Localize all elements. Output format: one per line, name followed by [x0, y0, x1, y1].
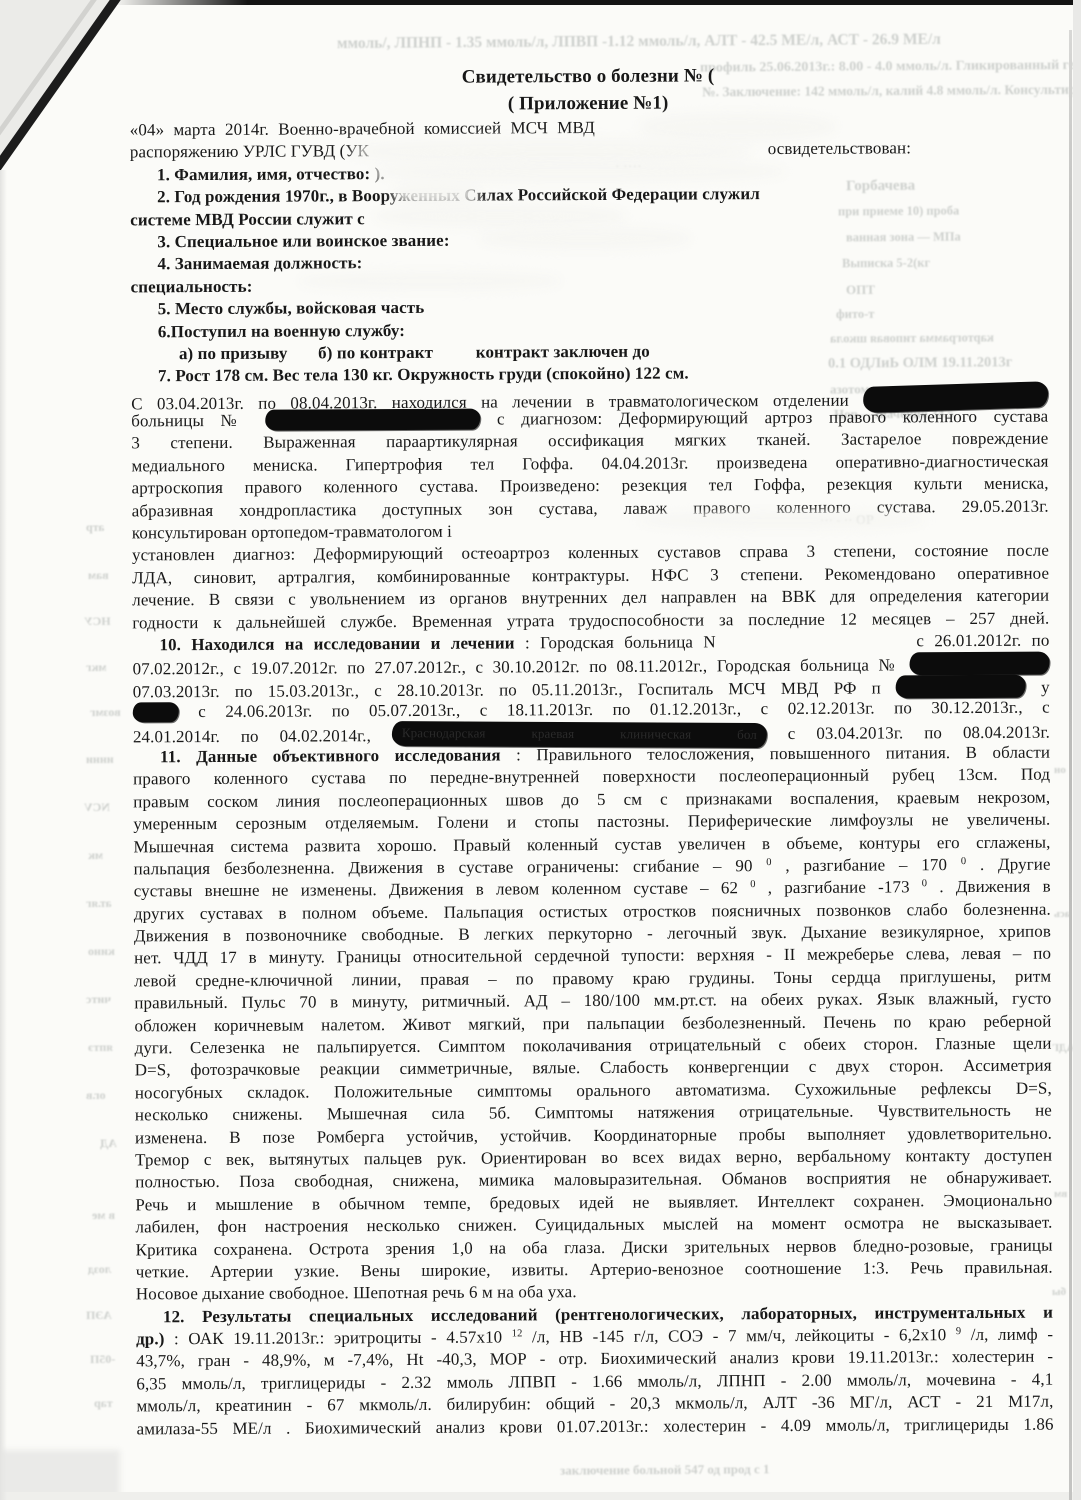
text-run: 5. Место службы, войсковая часть — [158, 298, 425, 318]
bleed-through-text: АЭП — [86, 1308, 112, 1323]
text-run: 11. Данные объективного исследования — [160, 745, 501, 766]
text-run: обложен коричневым налетом. Живот мягкий… — [134, 1011, 1051, 1035]
scanned-page: ммоль/, ЛПНП - 1.35 ммоль/л, ЛПВП -1.12 … — [0, 0, 1081, 1500]
whiteout-smudge — [375, 205, 625, 227]
text-run: 10. Находился на исследовании и лечении — [159, 633, 514, 654]
text-run: с 24.06.2013г. по 05.07.2013г., с 18.11.… — [198, 698, 1050, 721]
text-run: больницы № — [131, 411, 249, 431]
text-run: умеренным серозным отделяемым. Голени и … — [133, 810, 1050, 834]
text-run: пальпация безболезненна. Движения в суст… — [134, 856, 753, 878]
bleed-through-text: возмг — [90, 705, 121, 720]
bleed-through-text: NCV — [84, 800, 110, 815]
text-run: Носовое дыхание свободное. Шепотная речь… — [136, 1282, 577, 1303]
text-run: артроскопия правого коленного сустава. П… — [132, 474, 1049, 498]
scan-top-edge — [112, 0, 1081, 5]
bleed-through-text: вм — [1054, 1188, 1067, 1200]
text-run: изменена. В позе Ромберга устойчив, усто… — [135, 1123, 1052, 1147]
text-run: носогубных складок. Положительные симпто… — [135, 1078, 1052, 1102]
blank-space — [726, 644, 906, 647]
redaction-bar — [909, 652, 1049, 676]
text-run: : ОАК 19.11.2013г.: эритроциты - 4.57х10 — [174, 1328, 502, 1349]
bleed-through-text: вам — [88, 568, 109, 583]
text-run: 24.01.2014г. по 04.02.2014г., — [133, 726, 371, 746]
text-run: установлен диагноз: Деформирующий остеоа… — [132, 541, 1049, 565]
blank-space — [292, 356, 314, 358]
whiteout-smudge — [480, 228, 690, 249]
page-right-edge — [1069, 30, 1072, 1500]
text-run: Речь и мышление в обычном темпе, бредовы… — [135, 1190, 1052, 1214]
whiteout-smudge — [375, 161, 785, 182]
bleed-through-text: в ме — [92, 1208, 115, 1223]
text-run: несколько снижены. Мышечная сила 5б. Сим… — [135, 1101, 1052, 1125]
superscript: 0 — [922, 879, 927, 890]
text-run: . Другие — [980, 854, 1051, 873]
text-run: ЛДА, синовит, артралгия, комбинированные… — [132, 563, 1049, 587]
text-run: 3. Специальное или воинское звание: — [157, 231, 449, 252]
bleed-through-text: ат.яг — [86, 896, 112, 911]
scan-right-margin — [1073, 0, 1081, 1500]
bleed-through-text: кино — [88, 944, 115, 959]
text-run: D=S, фотозрачковые реакции симметричные,… — [135, 1056, 1052, 1080]
text-run: правильный. Пульс 70 в минуту, ритмичный… — [134, 989, 1051, 1013]
text-run: Движения в позвоночнике свободные. В лег… — [134, 922, 1051, 946]
bleed-through-text: яптэ — [88, 1040, 113, 1055]
text-run: 4. Занимаемая должность: — [157, 254, 362, 274]
text-run: годности к дальнейшей службе. Временная … — [132, 608, 1049, 632]
superscript: 12 — [512, 1328, 523, 1339]
bleed-through-text: АД — [100, 1136, 117, 1151]
text-run: с 26.01.2012г. по — [916, 631, 1049, 651]
text-run: дуги. Селезенка не пальпируется. Симптом… — [135, 1034, 1052, 1058]
text-run: с 03.04.2013г. по 08.04.2013г. — [788, 722, 1050, 742]
text-run: правого коленного сустава по передне-вну… — [133, 765, 1050, 789]
text-run: лабилен, фон настроения несколько снижен… — [135, 1213, 1052, 1237]
bleed-through-text: заключение больной 547 од прод с 1 — [560, 1461, 770, 1478]
text-run: /л, НВ -145 г/л, СОЭ - 7 мм/ч, лейкоциты… — [532, 1325, 946, 1346]
text-run: с диагнозом: Деформирующий артроз правог… — [497, 407, 1048, 429]
text-run: правым соском линия послеоперационных шв… — [133, 787, 1050, 811]
document-text: Свидетельство о болезни № ( ( Приложение… — [129, 61, 1053, 1441]
text-run: у — [1041, 677, 1050, 696]
bleed-through-text: он — [1054, 764, 1066, 776]
bleed-through-text: -05П — [90, 1352, 115, 1367]
whiteout-smudge — [640, 113, 835, 141]
text-run: контракт заключен до — [476, 342, 650, 362]
text-run: суставы внешне не изменены. Движения в л… — [134, 879, 738, 901]
superscript: 0 — [750, 879, 755, 890]
superscript: 9 — [956, 1326, 961, 1337]
text-run: 3 степени. Выраженная параартикулярная о… — [131, 429, 1048, 453]
text-run: . Движения в — [939, 877, 1050, 897]
bleed-through-text: ог.в — [86, 1088, 106, 1103]
bleed-through-text: НСУ — [84, 614, 111, 629]
text-line: амилаза-55 МЕ/л . Биохимический анализ к… — [136, 1413, 1053, 1440]
text-run: 7. Рост 178 см. Вес тела 130 кг. Окружно… — [158, 364, 689, 386]
bleed-through-text: ммоль/, ЛПНП - 1.35 ммоль/л, ЛПВП -1.12 … — [337, 31, 941, 53]
text-run: 43,7%, гран - 48,9%, м -7,4%, Ht -40,3, … — [136, 1347, 1053, 1371]
bleed-through-text: атр — [86, 520, 105, 535]
bleed-through-text: инни — [86, 752, 114, 767]
text-run: Критика сохранена. Острота зрения 1,0 на… — [136, 1235, 1053, 1259]
bleed-through-text: мк — [88, 848, 103, 863]
text-run: освидетельствован: — [768, 139, 911, 159]
redacted-visible-text: Краснодарская краевая клиническая бол — [392, 721, 767, 746]
bleed-through-text: читс — [86, 992, 111, 1007]
text-run: Тремор с век, вытянутых пальцев рук. Ори… — [135, 1146, 1052, 1170]
scan-left-shadow — [0, 170, 7, 1500]
text-run: других суставах в полном объеме. Пальпац… — [134, 899, 1051, 923]
bleed-through-text: мкг — [86, 660, 107, 675]
whiteout-smudge — [300, 272, 560, 290]
superscript: 0 — [766, 857, 771, 868]
whiteout-smudge — [640, 512, 925, 529]
text-run: а) по призыву — [179, 343, 288, 363]
redaction-bar — [265, 409, 480, 431]
text-run: : Правильного телосложения, повышенного … — [516, 743, 1050, 765]
text-run: , разгибание – 170 — [785, 855, 947, 875]
bleed-through-text: тар — [94, 1396, 113, 1411]
text-run: ммоль/л, креатинин - 67 мкмоль/л. билиру… — [136, 1392, 1053, 1416]
text-run: Мышечная система развита хорошо. Правый … — [133, 832, 1050, 856]
text-run: амилаза-55 МЕ/л . Биохимический анализ к… — [136, 1414, 1053, 1438]
text-run: 6.Поступил на военную службу: — [158, 320, 405, 340]
text-run: /л, лимф - — [971, 1325, 1053, 1344]
text-run: 6,35 ммоль/л, триглицериды - 2.32 ммоль … — [136, 1369, 1053, 1393]
bleed-through-text: ась — [1054, 908, 1070, 920]
text-run: специальность: — [131, 277, 253, 297]
bleed-through-text: бы — [1052, 1286, 1066, 1298]
text-run: левой средне-ключичной линии, правая – п… — [134, 966, 1051, 990]
folded-corner-artifact — [0, 0, 220, 220]
text-run: б) по контракт — [318, 343, 433, 363]
text-run: консультирован ортопедом-травматологом i — [132, 522, 452, 543]
scan-bottom-edge — [0, 1492, 1081, 1500]
redaction-bar — [896, 674, 1026, 698]
text-run: 12. Результаты специальных исследований … — [163, 1302, 1053, 1326]
redaction-bar — [133, 702, 179, 722]
text-run: др.) — [136, 1329, 164, 1348]
text-run: медиального мениска. Гипертрофия тел Гоф… — [131, 451, 1048, 475]
blank-space — [437, 356, 471, 358]
text-run: , разгибание -173 — [768, 878, 910, 898]
bleed-through-text: лозд — [88, 1262, 112, 1277]
text-run: : Городская больница N — [525, 632, 716, 652]
whiteout-smudge — [392, 183, 480, 205]
text-run: четкие. Артерии узкие. Вены широкие, изв… — [136, 1258, 1053, 1282]
text-run: нет. ЧДД 17 в минуту. Границы относитель… — [134, 944, 1051, 968]
text-run: лечение. В связи с увольнением из органо… — [132, 586, 1049, 610]
superscript: 0 — [961, 856, 966, 867]
text-run: полностью. Поза свободная, снижена, мими… — [135, 1168, 1052, 1192]
